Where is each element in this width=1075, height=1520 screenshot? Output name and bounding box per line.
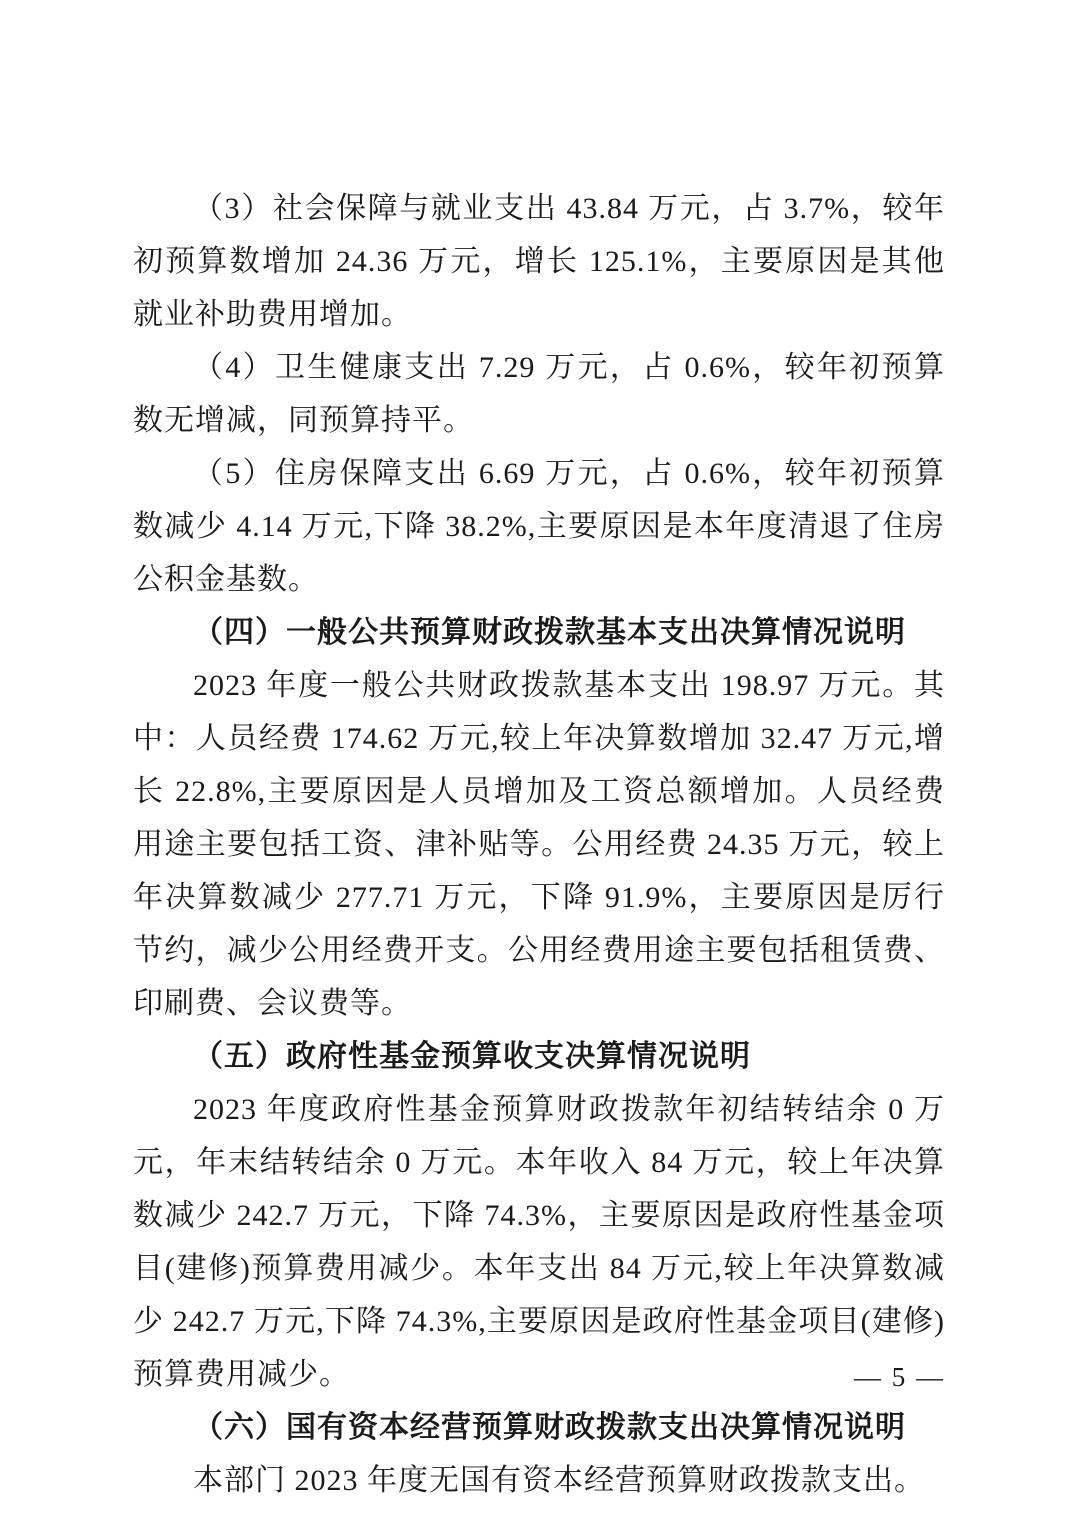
body-paragraph: （4）卫生健康支出 7.29 万元，占 0.6%，较年初预算数无增减，同预算持平… bbox=[133, 341, 945, 447]
body-paragraph: 2023 年度一般公共财政拨款基本支出 198.97 万元。其中：人员经费 17… bbox=[133, 659, 945, 1030]
body-paragraph: 本部门 2023 年度无国有资本经营预算财政拨款支出。 bbox=[133, 1454, 945, 1507]
document-page: （3）社会保障与就业支出 43.84 万元，占 3.7%，较年初预算数增加 24… bbox=[0, 0, 1075, 1520]
section-heading: （六）国有资本经营预算财政拨款支出决算情况说明 bbox=[133, 1401, 945, 1454]
page-number: — 5 — bbox=[854, 1362, 945, 1392]
section-heading: （四）一般公共预算财政拨款基本支出决算情况说明 bbox=[133, 606, 945, 659]
document-body: （3）社会保障与就业支出 43.84 万元，占 3.7%，较年初预算数增加 24… bbox=[133, 182, 945, 1507]
section-heading: （五）政府性基金预算收支决算情况说明 bbox=[133, 1030, 945, 1083]
body-paragraph: （3）社会保障与就业支出 43.84 万元，占 3.7%，较年初预算数增加 24… bbox=[133, 182, 945, 341]
body-paragraph: （5）住房保障支出 6.69 万元，占 0.6%，较年初预算数减少 4.14 万… bbox=[133, 447, 945, 606]
body-paragraph: 2023 年度政府性基金预算财政拨款年初结转结余 0 万元，年末结转结余 0 万… bbox=[133, 1083, 945, 1401]
